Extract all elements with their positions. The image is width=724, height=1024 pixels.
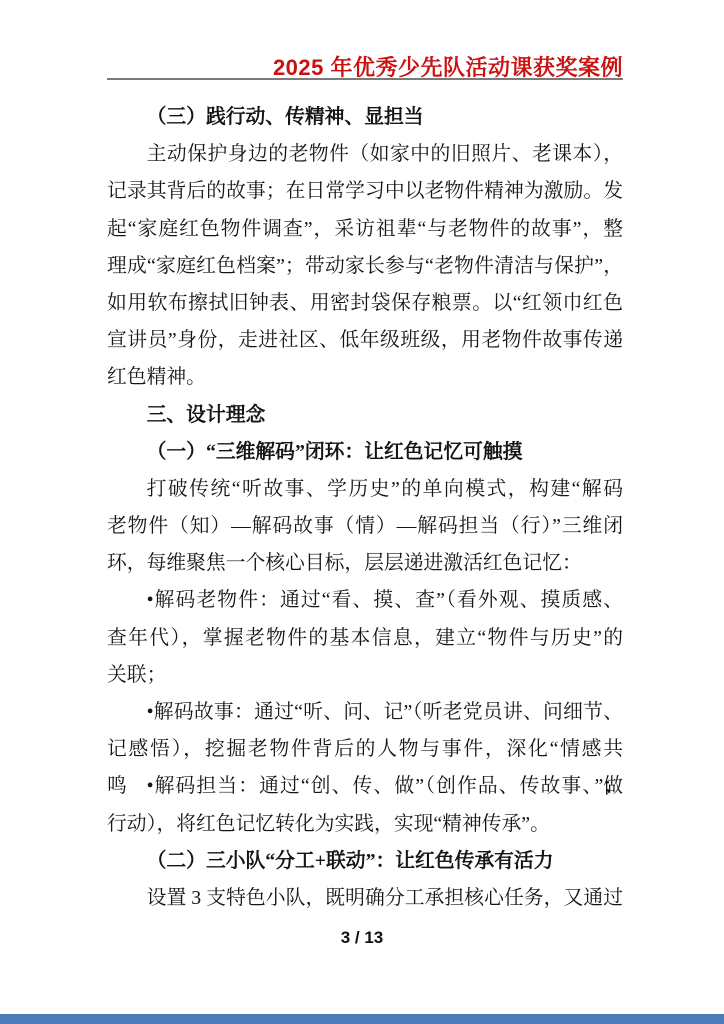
heading-line: （三）践行动、传精神、显担当	[107, 99, 623, 136]
text-line: 关联；	[107, 657, 623, 694]
text-line: 打破传统“听故事、学历史”的单向模式，构建“解码	[107, 471, 623, 508]
bottom-bar	[0, 1014, 724, 1024]
heading-line: 三、设计理念	[107, 397, 623, 434]
text-line: •解码故事：通过“听、问、记”（听老党员讲、问细节、	[107, 694, 623, 731]
text-line: 设置 3 支特色小队，既明确分工承担核心任务，又通过	[107, 880, 623, 917]
document-body: （三）践行动、传精神、显担当主动保护身边的老物件（如家中的旧照片、老课本），记录…	[107, 99, 623, 917]
text-line: 理成“家庭红色档案”；带动家长参与“老物件清洁与保护”，	[107, 248, 623, 285]
text-line: 主动保护身边的老物件（如家中的旧照片、老课本），	[107, 136, 623, 173]
text-line: 老物件（知）—解码故事（情）—解码担当（行）”三维闭	[107, 508, 623, 545]
text-line: 如用软布擦拭旧钟表、用密封袋保存粮票。以“红领巾红色	[107, 285, 623, 322]
document-page: 2025 年优秀少先队活动课获奖案例 （三）践行动、传精神、显担当主动保护身边的…	[0, 0, 724, 1024]
text-line: 行动），将红色记忆转化为实践，实现“精神传承”。	[107, 806, 623, 843]
text-line: 宣讲员”身份，走进社区、低年级班级，用老物件故事传递	[107, 322, 623, 359]
text-line: 红色精神。	[107, 359, 623, 396]
text-line: 环，每维聚焦一个核心目标，层层递进激活红色记忆：	[107, 545, 623, 582]
text-line: 记感悟），挖掘老物件背后的人物与事件，深化“情感共鸣”；	[107, 731, 623, 768]
page-number: 3 / 13	[0, 926, 724, 950]
text-line: •解码担当：通过“创、传、做”（创作品、传故事、做	[107, 768, 623, 805]
heading-line: （二）三小队“分工+联动”：让红色传承有活力	[107, 843, 623, 880]
heading-line: （一）“三维解码”闭环：让红色记忆可触摸	[107, 434, 623, 471]
text-line: •解码老物件：通过“看、摸、查”（看外观、摸质感、	[107, 582, 623, 619]
header-rule	[107, 78, 623, 80]
text-line: 记录其背后的故事；在日常学习中以老物件精神为激励。发	[107, 173, 623, 210]
text-line: 查年代），掌握老物件的基本信息，建立“物件与历史”的	[107, 620, 623, 657]
text-line: 起“家庭红色物件调查”，采访祖辈“与老物件的故事”，整	[107, 211, 623, 248]
